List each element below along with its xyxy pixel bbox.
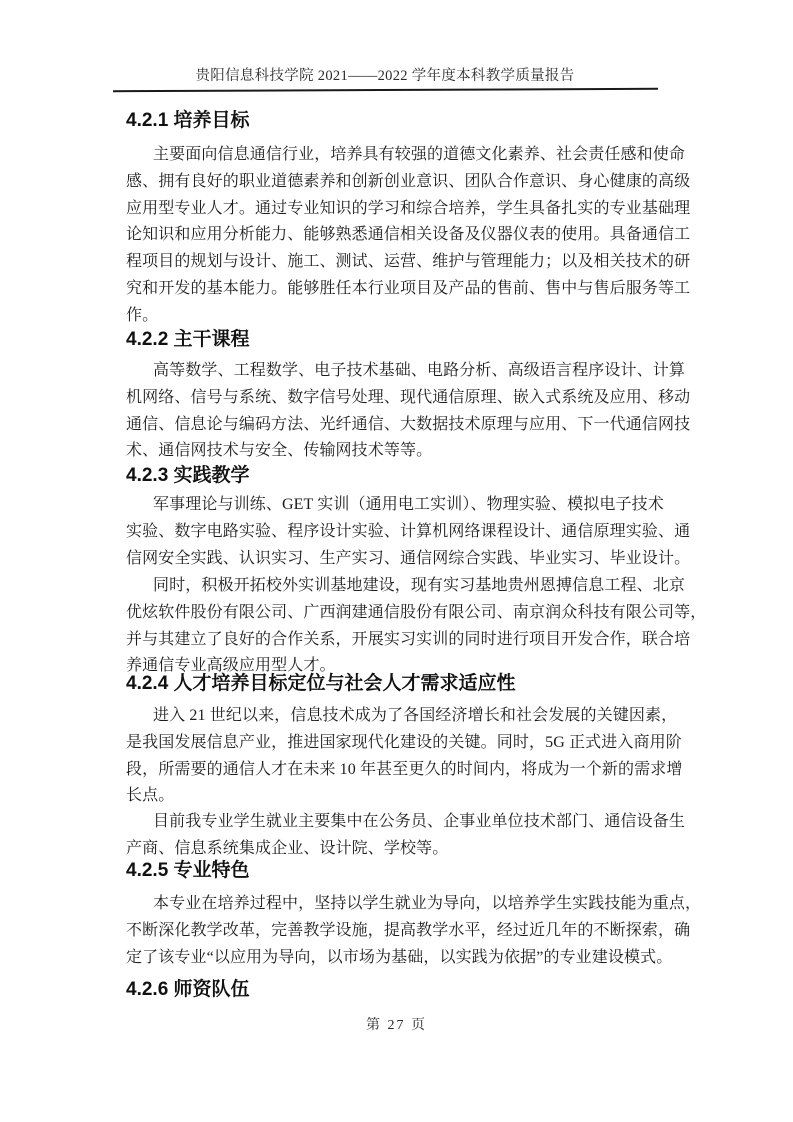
section-heading-4-2-6: 4.2.6 师资队伍 <box>126 977 691 1003</box>
section-heading-4-2-1: 4.2.1 培养目标 <box>126 108 691 134</box>
text-line: 术、通信网技术与安全、传输网技术等等。 <box>126 438 691 465</box>
text-line: 是我国发展信息产业，推进国家现代化建设的关键。同时，5G 正式进入商用阶 <box>126 730 691 757</box>
text-line: 军事理论与训练、GET 实训（通用电工实训）、物理实验、模拟电子技术 <box>126 492 691 519</box>
text-line: 感、拥有良好的职业道德素养和创新创业意识、团队合作意识、身心健康的高级 <box>126 169 691 196</box>
section-heading-4-2-2: 4.2.2 主干课程 <box>126 327 691 353</box>
text-line: 长点。 <box>126 783 691 810</box>
section-heading-4-2-4: 4.2.4 人才培养目标定位与社会人才需求适应性 <box>126 671 691 697</box>
text-line: 通信、信息论与编码方法、光纤通信、大数据技术原理与应用、下一代通信网技 <box>126 412 691 439</box>
text-line: 实验、数字电路实验、程序设计实验、计算机网络课程设计、通信原理实验、通 <box>126 519 691 546</box>
paragraph: 主要面向信息通信行业，培养具有较强的道德文化素养、社会责任感和使命 感、拥有良好… <box>126 142 691 330</box>
paragraph: 同时，积极开拓校外实训基地建设，现有实习基地贵州恩搏信息工程、北京 优炫软件股份… <box>126 573 691 680</box>
text-line: 本专业在培养过程中，坚持以学生就业为导向，以培养学生实践技能为重点， <box>126 891 691 918</box>
paragraph: 高等数学、工程数学、电子技术基础、电路分析、高级语言程序设计、计算 机网络、信号… <box>126 358 691 465</box>
text-line: 目前我专业学生就业主要集中在公务员、企事业单位技术部门、通信设备生 <box>126 809 691 836</box>
section-heading-4-2-3: 4.2.3 实践教学 <box>126 463 691 489</box>
section-heading-4-2-5: 4.2.5 专业特色 <box>126 858 691 884</box>
text-line: 同时，积极开拓校外实训基地建设，现有实习基地贵州恩搏信息工程、北京 <box>126 573 691 600</box>
header-title: 贵阳信息科技学院 2021——2022 学年度本科教学质量报告 <box>113 64 657 85</box>
header-rule <box>113 88 658 92</box>
text-line: 段，所需要的通信人才在未来 10 年甚至更久的时间内，将成为一个新的需求增 <box>126 757 691 784</box>
text-line: 论知识和应用分析能力、能够熟悉通信相关设备及仪器仪表的使用。具备通信工 <box>126 222 691 249</box>
paragraph: 本专业在培养过程中，坚持以学生就业为导向，以培养学生实践技能为重点， 不断深化教… <box>126 891 691 971</box>
page-number: 第 27 页 <box>0 1014 793 1034</box>
text-line: 程项目的规划与设计、施工、测试、运营、维护与管理能力；以及相关技术的研 <box>126 249 691 276</box>
text-line: 进入 21 世纪以来，信息技术成为了各国经济增长和社会发展的关键因素， <box>126 703 691 730</box>
text-line: 应用型专业人才。通过专业知识的学习和综合培养，学生具备扎实的专业基础理 <box>126 196 691 223</box>
paragraph: 军事理论与训练、GET 实训（通用电工实训）、物理实验、模拟电子技术 实验、数字… <box>126 492 691 572</box>
text-line: 信网安全实践、认识实习、生产实习、通信网综合实践、毕业实习、毕业设计。 <box>126 546 691 573</box>
text-line: 高等数学、工程数学、电子技术基础、电路分析、高级语言程序设计、计算 <box>126 358 691 385</box>
text-line: 主要面向信息通信行业，培养具有较强的道德文化素养、社会责任感和使命 <box>126 142 691 169</box>
text-line: 定了该专业“以应用为导向，以市场为基础，以实践为依据”的专业建设模式。 <box>126 945 691 972</box>
text-line: 并与其建立了良好的合作关系，开展实习实训的同时进行项目开发合作，联合培 <box>126 627 691 654</box>
text-line: 作。 <box>126 303 691 330</box>
paragraph: 进入 21 世纪以来，信息技术成为了各国经济增长和社会发展的关键因素， 是我国发… <box>126 703 691 810</box>
paragraph: 目前我专业学生就业主要集中在公务员、企事业单位技术部门、通信设备生 产商、信息系… <box>126 809 691 863</box>
text-line: 究和开发的基本能力。能够胜任本行业项目及产品的售前、售中与售后服务等工 <box>126 276 691 303</box>
text-line: 优炫软件股份有限公司、广西润建通信股份有限公司、南京润众科技有限公司等， <box>126 600 691 627</box>
text-line: 不断深化教学改革，完善教学设施，提高教学水平，经过近几年的不断探索，确 <box>126 918 691 945</box>
document-page: 贵阳信息科技学院 2021——2022 学年度本科教学质量报告 4.2.1 培养… <box>0 0 793 1122</box>
text-line: 机网络、信号与系统、数字信号处理、现代通信原理、嵌入式系统及应用、移动 <box>126 385 691 412</box>
